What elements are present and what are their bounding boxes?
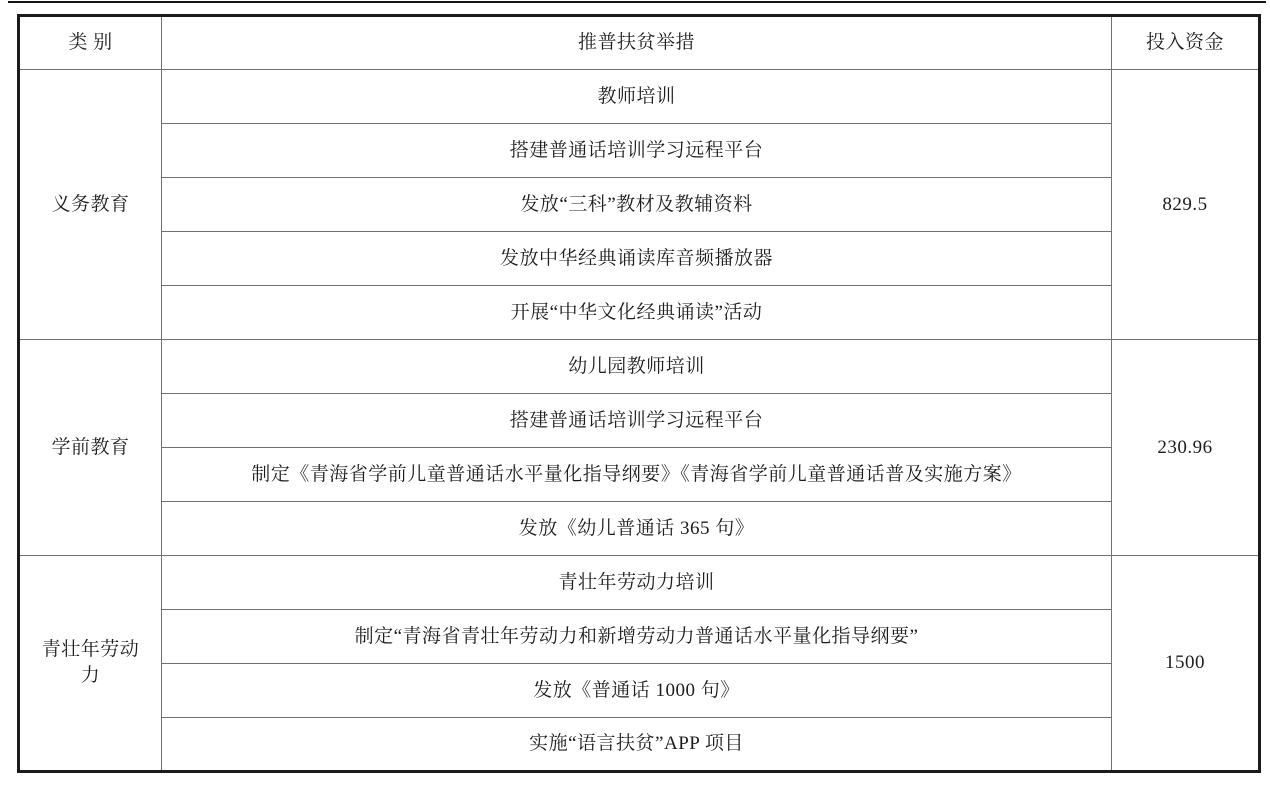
measure-cell: 发放中华经典诵读库音频播放器 — [162, 232, 1112, 286]
measure-cell: 实施“语言扶贫”APP 项目 — [162, 718, 1112, 772]
measure-cell: 青壮年劳动力培训 — [162, 556, 1112, 610]
page-top-rule — [8, 1, 1266, 3]
table-row: 发放中华经典诵读库音频播放器 — [19, 232, 1260, 286]
header-measures: 推普扶贫举措 — [162, 16, 1112, 70]
poverty-alleviation-measures-table: 类 别 推普扶贫举措 投入资金 义务教育 教师培训 829.5 搭建普通话培训学… — [17, 14, 1261, 773]
measure-cell: 发放《幼儿普通话 365 句》 — [162, 502, 1112, 556]
table-row: 搭建普通话培训学习远程平台 — [19, 124, 1260, 178]
measure-cell: 搭建普通话培训学习远程平台 — [162, 124, 1112, 178]
table-row: 开展“中华文化经典诵读”活动 — [19, 286, 1260, 340]
measure-cell: 搭建普通话培训学习远程平台 — [162, 394, 1112, 448]
funds-cell-preschool-education: 230.96 — [1112, 340, 1260, 556]
table-row: 制定《青海省学前儿童普通话水平量化指导纲要》《青海省学前儿童普通话普及实施方案》 — [19, 448, 1260, 502]
funds-cell-compulsory-education: 829.5 — [1112, 70, 1260, 340]
measure-cell: 发放《普通话 1000 句》 — [162, 664, 1112, 718]
category-cell-young-adult-labor: 青壮年劳动力 — [19, 556, 162, 772]
table-header-row: 类 别 推普扶贫举措 投入资金 — [19, 16, 1260, 70]
table-row: 发放“三科”教材及教辅资料 — [19, 178, 1260, 232]
category-label: 义务教育 — [35, 192, 147, 218]
funds-cell-young-adult-labor: 1500 — [1112, 556, 1260, 772]
category-cell-compulsory-education: 义务教育 — [19, 70, 162, 340]
measure-cell: 制定《青海省学前儿童普通话水平量化指导纲要》《青海省学前儿童普通话普及实施方案》 — [162, 448, 1112, 502]
table-row: 青壮年劳动力 青壮年劳动力培训 1500 — [19, 556, 1260, 610]
table-row: 义务教育 教师培训 829.5 — [19, 70, 1260, 124]
header-funds: 投入资金 — [1112, 16, 1260, 70]
table-row: 发放《幼儿普通话 365 句》 — [19, 502, 1260, 556]
category-label: 青壮年劳动力 — [35, 637, 147, 688]
measure-cell: 发放“三科”教材及教辅资料 — [162, 178, 1112, 232]
table-row: 搭建普通话培训学习远程平台 — [19, 394, 1260, 448]
category-cell-preschool-education: 学前教育 — [19, 340, 162, 556]
measure-cell: 幼儿园教师培训 — [162, 340, 1112, 394]
header-category: 类 别 — [19, 16, 162, 70]
measure-cell: 教师培训 — [162, 70, 1112, 124]
measure-cell: 制定“青海省青壮年劳动力和新增劳动力普通话水平量化指导纲要” — [162, 610, 1112, 664]
table-row: 学前教育 幼儿园教师培训 230.96 — [19, 340, 1260, 394]
document-page: 类 别 推普扶贫举措 投入资金 义务教育 教师培训 829.5 搭建普通话培训学… — [0, 0, 1270, 789]
category-label: 学前教育 — [35, 435, 147, 461]
table-row: 制定“青海省青壮年劳动力和新增劳动力普通话水平量化指导纲要” — [19, 610, 1260, 664]
table-row: 实施“语言扶贫”APP 项目 — [19, 718, 1260, 772]
measure-cell: 开展“中华文化经典诵读”活动 — [162, 286, 1112, 340]
table-row: 发放《普通话 1000 句》 — [19, 664, 1260, 718]
